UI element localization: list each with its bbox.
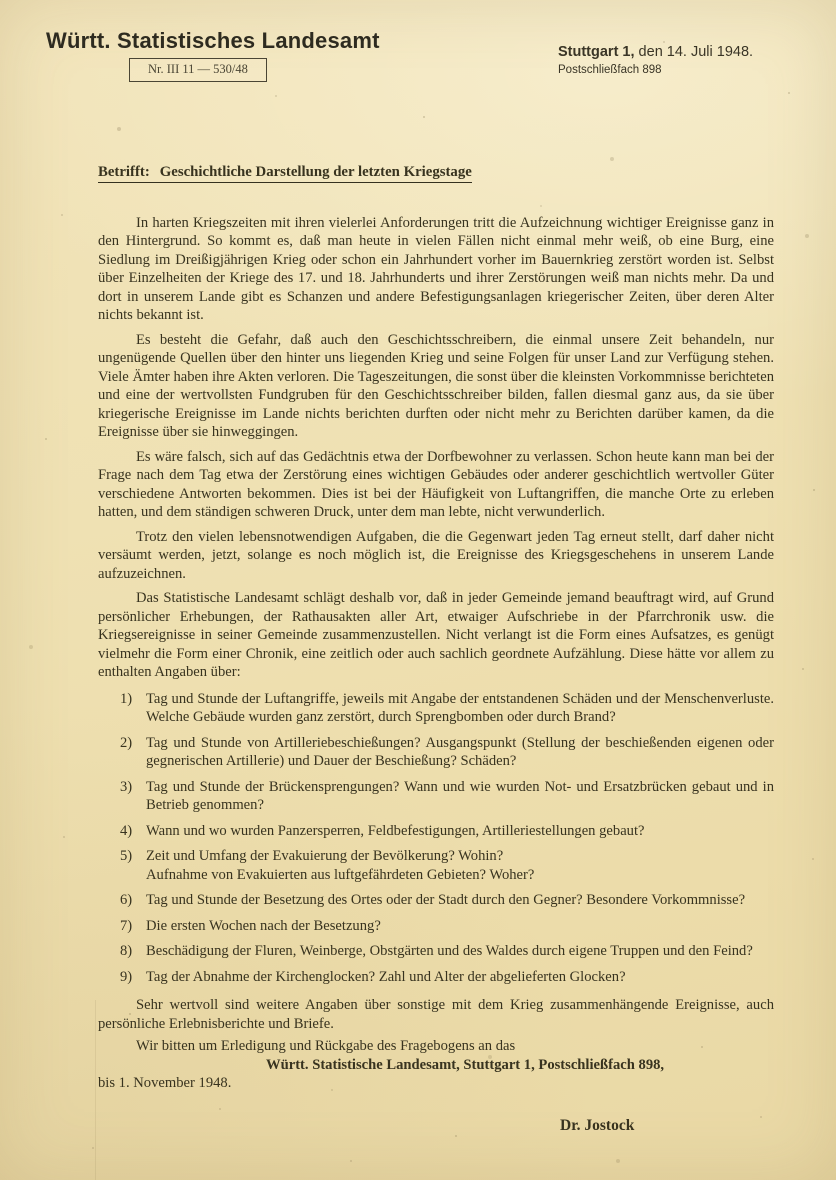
list-item-number: 5) bbox=[120, 847, 146, 884]
list-item-text: Wann und wo wurden Panzersperren, Feldbe… bbox=[146, 822, 774, 841]
list-item: 5) Zeit und Umfang der Evakuierung der B… bbox=[98, 847, 774, 884]
subject-label: Betrifft: bbox=[98, 164, 150, 180]
document-page: Württ. Statistisches Landesamt Nr. III 1… bbox=[0, 0, 836, 1180]
list-item-number: 8) bbox=[120, 942, 146, 961]
list-item-text: Tag und Stunde der Besetzung des Ortes o… bbox=[146, 891, 774, 910]
list-item: 6) Tag und Stunde der Besetzung des Orte… bbox=[98, 891, 774, 910]
list-item-number: 4) bbox=[120, 822, 146, 841]
letter-body: Betrifft:Geschichtliche Darstellung der … bbox=[98, 163, 774, 1135]
list-item: 7) Die ersten Wochen nach der Besetzung? bbox=[98, 917, 774, 936]
list-item-number: 3) bbox=[120, 778, 146, 815]
deadline-line: bis 1. November 1948. bbox=[98, 1074, 774, 1093]
list-item: 9) Tag der Abnahme der Kirchenglocken? Z… bbox=[98, 968, 774, 987]
list-item: 2) Tag und Stunde von Artilleriebeschieß… bbox=[98, 734, 774, 771]
list-item-text: Tag und Stunde der Brückensprengungen? W… bbox=[146, 778, 774, 815]
subject-underlined: Betrifft:Geschichtliche Darstellung der … bbox=[98, 164, 472, 183]
subject-title: Geschichtliche Darstellung der letzten K… bbox=[160, 164, 472, 180]
pobox-line: Postschließfach 898 bbox=[558, 62, 753, 79]
reference-number: Nr. III 11 — 530/48 bbox=[148, 62, 248, 76]
return-address-line: Württ. Statistische Landesamt, Stuttgart… bbox=[266, 1056, 774, 1075]
place-date-line: Stuttgart 1, den 14. Juli 1948. bbox=[558, 44, 753, 61]
paper-crease bbox=[95, 1000, 96, 1180]
date-block: Stuttgart 1, den 14. Juli 1948. Postschl… bbox=[558, 44, 753, 79]
body-paragraph: Es besteht die Gefahr, daß auch den Gesc… bbox=[98, 331, 774, 442]
list-item-text: Tag der Abnahme der Kirchenglocken? Zahl… bbox=[146, 968, 774, 987]
list-item-text: Die ersten Wochen nach der Besetzung? bbox=[146, 917, 774, 936]
list-item: 4) Wann und wo wurden Panzersperren, Fel… bbox=[98, 822, 774, 841]
list-item-text: Beschädigung der Fluren, Weinberge, Obst… bbox=[146, 942, 774, 961]
body-paragraph: Es wäre falsch, sich auf das Gedächtnis … bbox=[98, 448, 774, 522]
list-item-number: 2) bbox=[120, 734, 146, 771]
list-item: 1) Tag und Stunde der Luftangriffe, jewe… bbox=[98, 690, 774, 727]
place-name: Stuttgart 1, bbox=[558, 44, 635, 60]
reference-number-box: Nr. III 11 — 530/48 bbox=[129, 58, 267, 82]
closing-paragraph: Sehr wertvoll sind weitere Angaben über … bbox=[98, 996, 774, 1033]
letterhead-org-name: Württ. Statistisches Landesamt bbox=[46, 28, 380, 54]
numbered-list: 1) Tag und Stunde der Luftangriffe, jewe… bbox=[98, 690, 774, 987]
list-item-text: Tag und Stunde von Artilleriebeschießung… bbox=[146, 734, 774, 771]
body-paragraph: Trotz den vielen lebensnotwendigen Aufga… bbox=[98, 528, 774, 584]
signature-name: Dr. Jostock bbox=[560, 1117, 774, 1136]
list-item: 8) Beschädigung der Fluren, Weinberge, O… bbox=[98, 942, 774, 961]
list-item-number: 9) bbox=[120, 968, 146, 987]
list-item-number: 6) bbox=[120, 891, 146, 910]
paper-speckles bbox=[0, 0, 2, 2]
date-text: den 14. Juli 1948. bbox=[635, 44, 754, 60]
list-item-text: Tag und Stunde der Luftangriffe, jeweils… bbox=[146, 690, 774, 727]
list-item-number: 7) bbox=[120, 917, 146, 936]
request-line: Wir bitten um Erledigung und Rückgabe de… bbox=[98, 1037, 774, 1056]
list-item-text: Zeit und Umfang der Evakuierung der Bevö… bbox=[146, 847, 774, 884]
list-item: 3) Tag und Stunde der Brückensprengungen… bbox=[98, 778, 774, 815]
body-paragraph: In harten Kriegszeiten mit ihren vielerl… bbox=[98, 214, 774, 325]
list-item-number: 1) bbox=[120, 690, 146, 727]
body-paragraph: Das Statistische Landesamt schlägt desha… bbox=[98, 589, 774, 682]
subject-line: Betrifft:Geschichtliche Darstellung der … bbox=[98, 163, 774, 182]
